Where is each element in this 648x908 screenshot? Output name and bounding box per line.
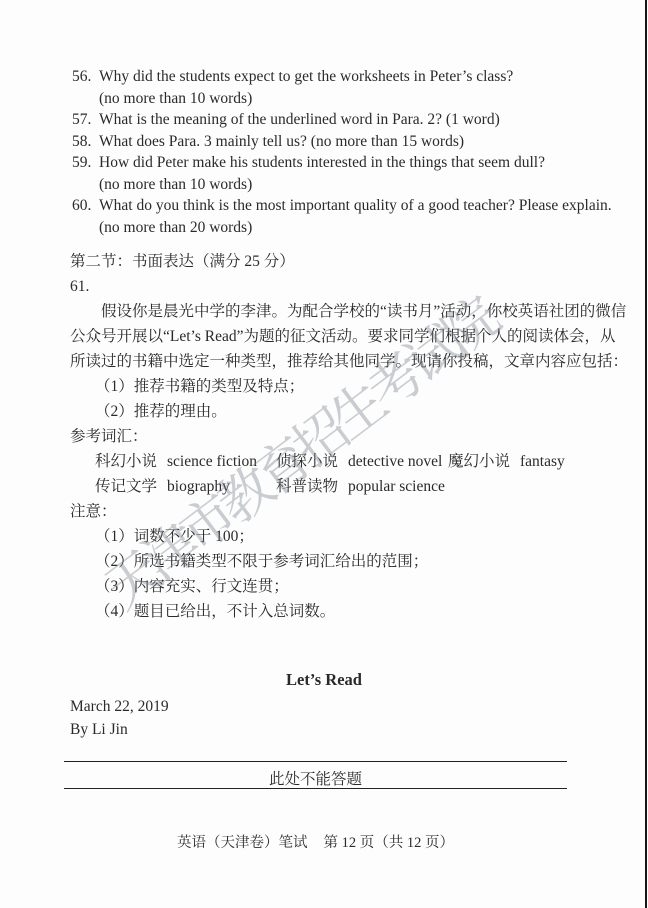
question-text: Why did the students expect to get the w… (99, 66, 588, 88)
note-item: （1）词数不少于 100； (70, 524, 608, 549)
writing-section: 第二节：书面表达（满分 25 分） 61. 假设你是晨光中学的李津。为配合学校的… (70, 249, 608, 624)
vocab-pair: 科幻小说science fiction (95, 449, 276, 474)
question-text: How did Peter make his students interest… (99, 152, 588, 174)
vocab-cn: 科普读物 (276, 478, 338, 495)
question-text: What do you think is the most important … (99, 195, 612, 217)
prompt-line: 所读过的书籍中选定一种类型，推荐给其他同学。现请你投稿，文章内容应包括： (70, 349, 608, 374)
prompt-line: 公众号开展以“Let’s Read”为题的征文活动。要求同学们根据个人的阅读体会… (70, 324, 608, 349)
vocab-pair: 侦探小说detective novel (276, 449, 448, 474)
question-word-limit: (no more than 10 words) (99, 88, 588, 110)
question-60: 60. What do you think is the most import… (72, 195, 588, 238)
vocab-pair: 魔幻小说fantasy (448, 449, 565, 474)
content-point: （2）推荐的理由。 (70, 399, 608, 424)
vocab-label: 参考词汇： (70, 424, 608, 449)
vocab-cn: 科幻小说 (95, 453, 157, 470)
vocab-pair: 科普读物popular science (276, 474, 445, 499)
note-item: （3）内容充实、行文连贯； (70, 574, 608, 599)
section-header: 第二节：书面表达（满分 25 分） (70, 249, 608, 274)
question-text: What does Para. 3 mainly tell us? (no mo… (99, 131, 588, 153)
page-footer: 英语（天津卷）笔试第 12 页（共 12 页） (64, 831, 567, 852)
footer-exam-name: 英语（天津卷）笔试 (177, 835, 308, 851)
question-number: 57. (72, 109, 99, 131)
question-text: What is the meaning of the underlined wo… (99, 109, 588, 131)
question-59: 59. How did Peter make his students inte… (72, 152, 588, 195)
essay-title: Let’s Read (72, 670, 576, 690)
question-word-limit: (no more than 10 words) (99, 174, 588, 196)
no-answer-notice: 此处不能答题 (64, 767, 567, 789)
reading-questions-list: 56. Why did the students expect to get t… (72, 66, 588, 238)
note-item: （4）题目已给出，不计入总词数。 (70, 599, 608, 624)
question-61-number: 61. (70, 274, 608, 299)
vocab-en: biography (167, 478, 230, 495)
question-number: 60. (72, 195, 99, 238)
question-58: 58. What does Para. 3 mainly tell us? (n… (72, 131, 588, 153)
notes-label: 注意： (70, 499, 608, 524)
prompt-line: 假设你是晨光中学的李津。为配合学校的“读书月”活动，你校英语社团的微信 (70, 299, 608, 324)
note-item: （2）所选书籍类型不限于参考词汇给出的范围； (70, 549, 608, 574)
answer-area-bottom-rule (64, 788, 567, 789)
question-word-limit: (no more than 20 words) (99, 217, 612, 239)
vocab-cn: 魔幻小说 (448, 453, 510, 470)
essay-byline: By Li Jin (70, 721, 128, 739)
vocab-pair: 传记文学biography (95, 474, 276, 499)
essay-date: March 22, 2019 (70, 698, 169, 716)
vocab-row-2: 传记文学biography 科普读物popular science (70, 474, 608, 499)
question-number: 58. (72, 131, 99, 153)
vocab-row-1: 科幻小说science fiction 侦探小说detective novel … (70, 449, 608, 474)
vocab-cn: 侦探小说 (276, 453, 338, 470)
scan-border-line (645, 0, 647, 908)
question-56: 56. Why did the students expect to get t… (72, 66, 588, 109)
vocab-en: science fiction (167, 453, 257, 470)
vocab-en: fantasy (520, 453, 565, 470)
answer-area-top-rule (64, 761, 567, 762)
vocab-en: popular science (348, 478, 445, 495)
vocab-cn: 传记文学 (95, 478, 157, 495)
content-point: （1）推荐书籍的类型及特点； (70, 374, 608, 399)
vocab-en: detective novel (348, 453, 442, 470)
footer-page-number: 第 12 页（共 12 页） (324, 835, 455, 851)
question-number: 59. (72, 152, 99, 195)
question-57: 57. What is the meaning of the underline… (72, 109, 588, 131)
exam-paper-page: 天津市教育招生考试院 56. Why did the students expe… (0, 0, 648, 908)
question-number: 56. (72, 66, 99, 109)
